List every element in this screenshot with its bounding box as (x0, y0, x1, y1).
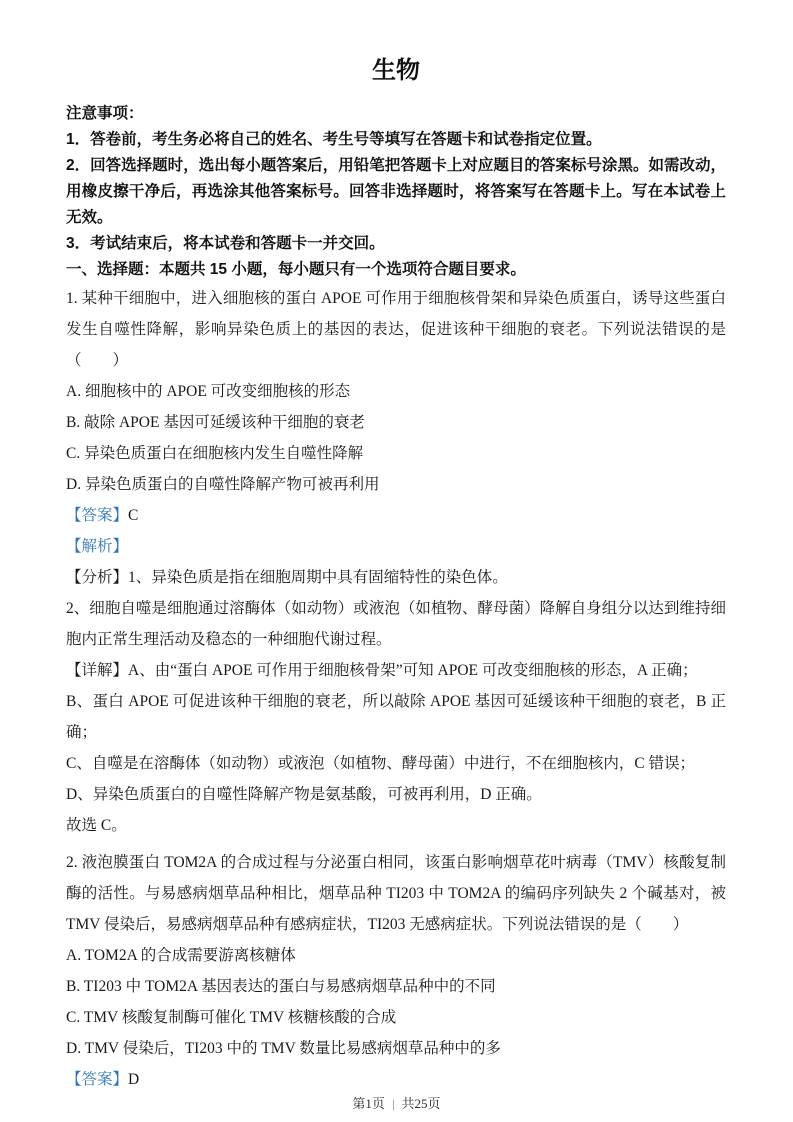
notice-item-1: 1．答卷前，考生务必将自己的姓名、考生号等填写在答题卡和试卷指定位置。 (66, 127, 726, 153)
question-2-option-b: B. TI203 中 TOM2A 基因表达的蛋白与易感病烟草品种中的不同 (66, 971, 726, 1002)
footer-page-number: 第1页 (352, 1096, 385, 1111)
notice-section: 注意事项： 1．答卷前，考生务必将自己的姓名、考生号等填写在答题卡和试卷指定位置… (66, 101, 726, 283)
page-title: 生物 (66, 54, 726, 88)
question-1-analysis-line-6: D、异染色质蛋白的自噬性降解产物是氨基酸，可被再利用，D 正确。 (66, 779, 726, 810)
question-2-option-c: C. TMV 核酸复制酶可催化 TMV 核糖核酸的合成 (66, 1002, 726, 1033)
question-1-analysis-label: 【解析】 (66, 531, 726, 562)
question-1-option-d: D. 异染色质蛋白的自噬性降解产物可被再利用 (66, 469, 726, 500)
question-1-stem: 1. 某种干细胞中，进入细胞核的蛋白 APOE 可作用于细胞核骨架和异染色质蛋白… (66, 283, 726, 376)
page-footer: 第1页|共25页 (0, 1093, 793, 1112)
footer-total-pages: 共25页 (402, 1096, 441, 1111)
question-2-stem: 2. 液泡膜蛋白 TOM2A 的合成过程与分泌蛋白相同，该蛋白影响烟草花叶病毒（… (66, 847, 726, 940)
question-1-analysis-line-2: 2、细胞自噬是细胞通过溶酶体（如动物）或液泡（如植物、酵母菌）降解自身组分以达到… (66, 593, 726, 655)
answer-label: 【答案】 (66, 507, 128, 524)
question-1-analysis-line-4: B、蛋白 APOE 可促进该种干细胞的衰老，所以敲除 APOE 基因可延缓该种干… (66, 686, 726, 748)
question-1-analysis-line-1: 【分析】1、异染色质是指在细胞周期中具有固缩特性的染色体。 (66, 562, 726, 593)
notice-item-3: 3．考试结束后，将本试卷和答题卡一并交回。 (66, 231, 726, 257)
footer-separator: | (392, 1096, 395, 1111)
answer-value: C (128, 507, 138, 524)
answer-value: D (128, 1071, 139, 1088)
question-2-option-d: D. TMV 侵染后，TI203 中的 TMV 数量比易感病烟草品种中的多 (66, 1033, 726, 1064)
question-1-option-a: A. 细胞核中的 APOE 可改变细胞核的形态 (66, 376, 726, 407)
question-1-conclusion: 故选 C。 (66, 810, 726, 841)
question-1-analysis-line-5: C、自噬是在溶酶体（如动物）或液泡（如植物、酵母菌）中进行，不在细胞核内，C 错… (66, 748, 726, 779)
question-1-answer-line: 【答案】C (66, 500, 726, 531)
question-1-option-b: B. 敲除 APOE 基因可延缓该种干细胞的衰老 (66, 407, 726, 438)
question-1-analysis-line-3: 【详解】A、由“蛋白 APOE 可作用于细胞核骨架”可知 APOE 可改变细胞核… (66, 655, 726, 686)
question-1: 1. 某种干细胞中，进入细胞核的蛋白 APOE 可作用于细胞核骨架和异染色质蛋白… (66, 283, 726, 841)
question-2-answer-line: 【答案】D (66, 1064, 726, 1095)
answer-label: 【答案】 (66, 1071, 128, 1088)
question-1-option-c: C. 异染色质蛋白在细胞核内发生自噬性降解 (66, 438, 726, 469)
document-page: 生物 注意事项： 1．答卷前，考生务必将自己的姓名、考生号等填写在答题卡和试卷指… (0, 0, 793, 1122)
question-2: 2. 液泡膜蛋白 TOM2A 的合成过程与分泌蛋白相同，该蛋白影响烟草花叶病毒（… (66, 847, 726, 1095)
question-2-option-a: A. TOM2A 的合成需要游离核糖体 (66, 940, 726, 971)
notice-item-2: 2．回答选择题时，选出每小题答案后，用铅笔把答题卡上对应题目的答案标号涂黑。如需… (66, 153, 726, 231)
document-content: 生物 注意事项： 1．答卷前，考生务必将自己的姓名、考生号等填写在答题卡和试卷指… (66, 54, 726, 1095)
notice-heading: 注意事项： (66, 101, 726, 127)
section-heading: 一、选择题：本题共 15 小题，每小题只有一个选项符合题目要求。 (66, 257, 726, 283)
